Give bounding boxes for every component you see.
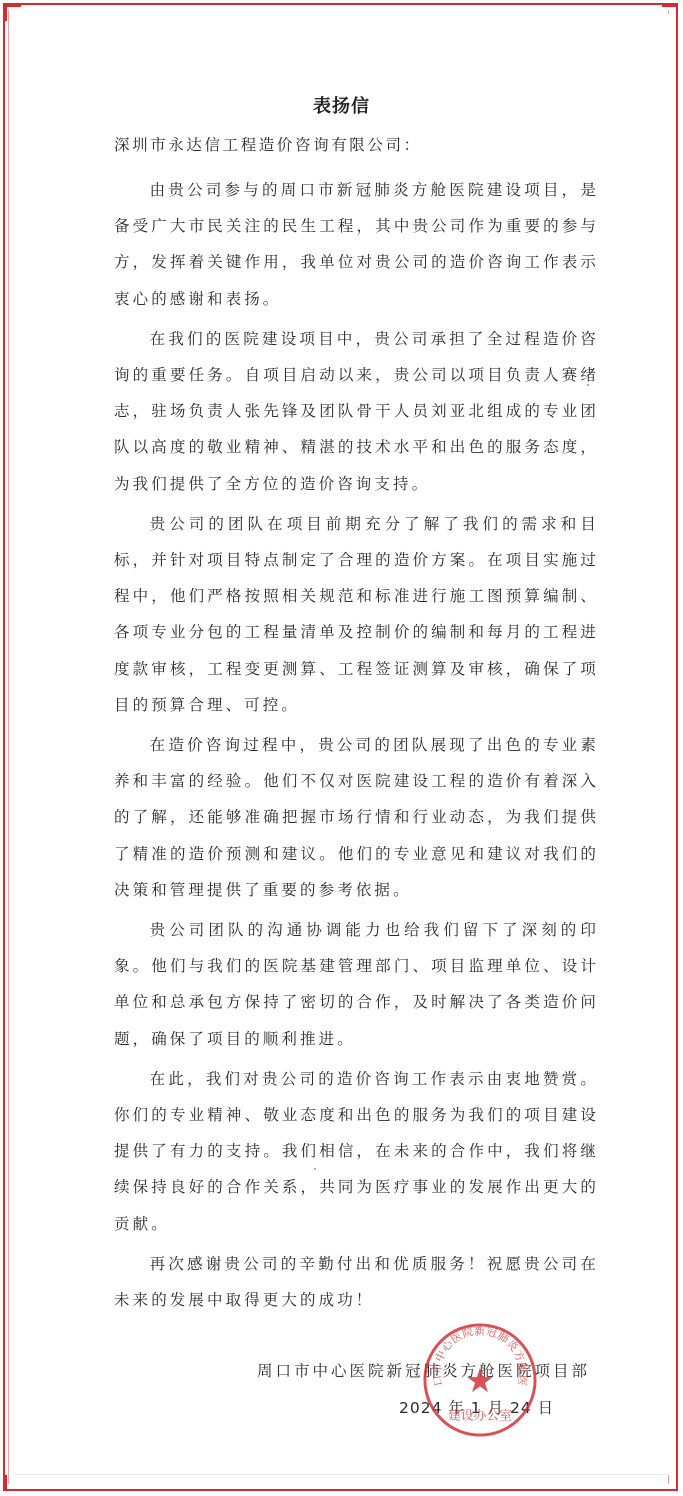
letter-paragraph: 在此，我们对贵公司的造价咨询工作表示由衷地赞赏。你们的专业精神、敬业态度和出色的… — [114, 1061, 599, 1242]
letter-paragraph: 贵公司的团队在项目前期充分了解了我们的需求和目标，并针对项目特点制定了合理的造价… — [114, 506, 599, 723]
scan-speck — [587, 384, 589, 386]
seal-inner-text: 建设办公室 — [448, 1407, 512, 1423]
scan-speck — [314, 1168, 316, 1170]
official-seal-stamp: 周口市中心医院新冠肺炎方舱医院 ★ 建设办公室 — [421, 1321, 539, 1439]
letter-paragraph: 再次感谢贵公司的辛勤付出和优质服务！祝愿贵公司在未来的发展中取得更大的成功！ — [114, 1246, 599, 1318]
star-icon: ★ — [465, 1361, 495, 1400]
letter-page: 表扬信 深圳市永达信工程造价咨询有限公司： 由贵公司参与的周口市新冠肺炎方舱医院… — [14, 14, 669, 1475]
letter-paragraph: 由贵公司参与的周口市新冠肺炎方舱医院建设项目，是备受广大市民关注的民生工程，其中… — [114, 172, 599, 317]
letter-title: 表扬信 — [14, 92, 669, 118]
corner-ornament-bottom-right — [662, 1475, 678, 1491]
letter-paragraph: 贵公司团队的沟通协调能力也给我们留下了深刻的印象。他们与我们的医院基建管理部门、… — [114, 912, 599, 1057]
letter-salutation: 深圳市永达信工程造价咨询有限公司： — [114, 133, 422, 155]
corner-ornament-bottom-left — [5, 1475, 21, 1491]
letter-paragraph: 在我们的医院建设项目中，贵公司承担了全过程造价咨询的重要任务。自项目启动以来，贵… — [114, 321, 599, 502]
letter-paragraph: 在造价咨询过程中，贵公司的团队展现了出色的专业素养和丰富的经验。他们不仅对医院建… — [114, 727, 599, 908]
letter-body: 由贵公司参与的周口市新冠肺炎方舱医院建设项目，是备受广大市民关注的民生工程，其中… — [114, 172, 599, 1318]
